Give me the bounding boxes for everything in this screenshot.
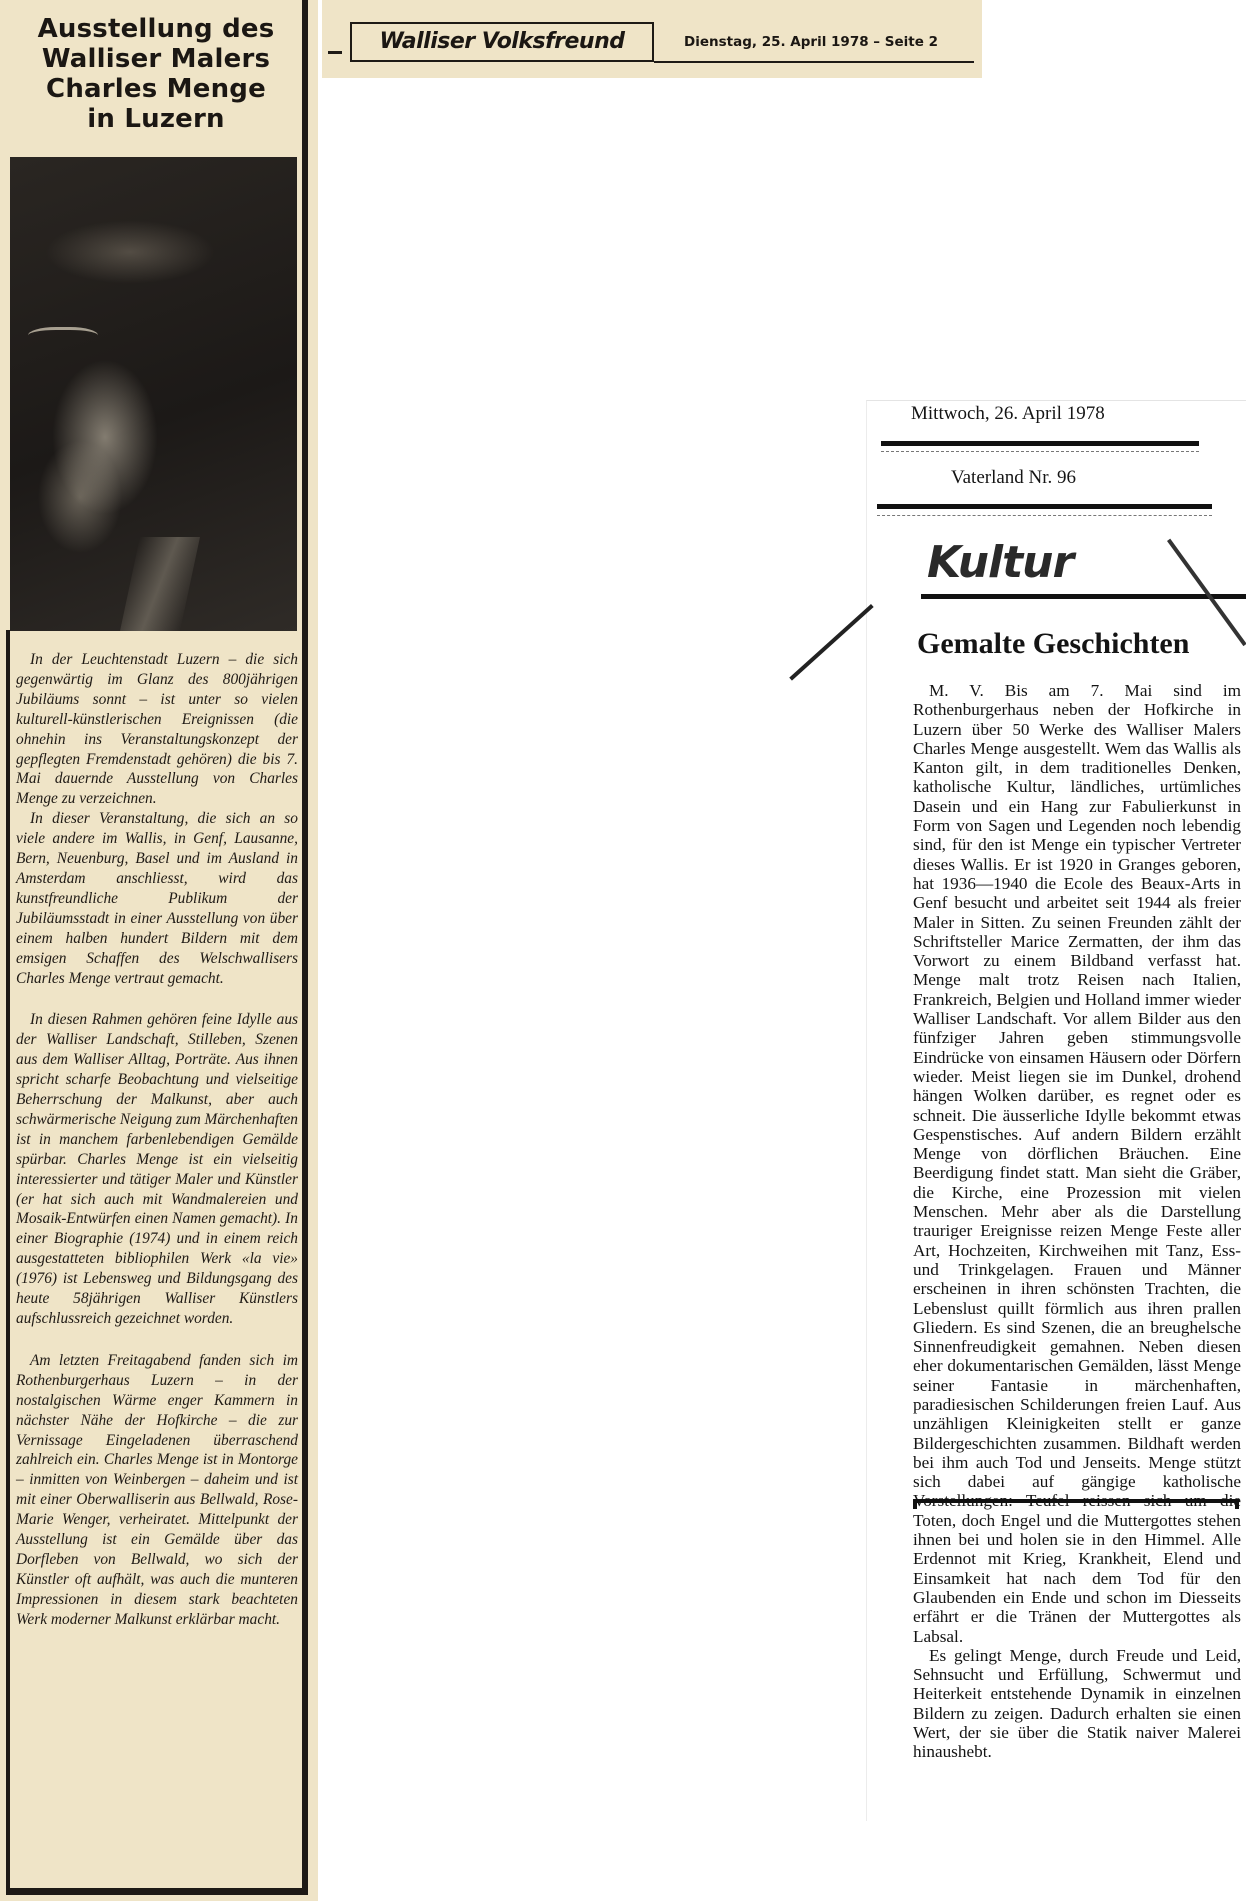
newspaper-name: Walliser Volksfreund [350, 22, 654, 62]
headline-line: Ausstellung des [14, 14, 298, 44]
box-border-bottom [6, 1888, 308, 1895]
end-bracket [913, 1499, 1239, 1509]
rule [877, 504, 1212, 509]
paragraph: In dieser Veranstaltung, die sich an so … [16, 809, 298, 988]
rule [921, 594, 1246, 599]
paragraph: Am letzten Freitagabend fanden sich im R… [16, 1351, 298, 1630]
rule [881, 441, 1199, 446]
article-body: In der Leuchtenstadt Luzern – die sich g… [16, 650, 298, 1630]
artist-portrait-photo [10, 157, 297, 631]
newspaper-name: Vaterland Nr. 96 [951, 467, 1076, 489]
article-headline: Ausstellung des Walliser Malers Charles … [14, 14, 298, 134]
masthead-dash [328, 51, 342, 54]
masthead-rule [654, 61, 974, 63]
paragraph: In der Leuchtenstadt Luzern – die sich g… [16, 650, 298, 809]
article-headline: Gemalte Geschichten [917, 627, 1189, 661]
section-title: Kultur [927, 539, 1073, 587]
photo-glasses-highlight [28, 327, 98, 348]
article-body: M. V. Bis am 7. Mai sind im Rothenburger… [913, 681, 1241, 1762]
headline-line: in Luzern [14, 104, 298, 134]
masthead-strip: Walliser Volksfreund Dienstag, 25. April… [322, 0, 982, 78]
box-border-left [6, 630, 10, 1895]
column-rule [302, 0, 308, 1895]
paragraph: Es gelingt Menge, durch Freude und Leid,… [913, 1646, 1241, 1762]
issue-date: Dienstag, 25. April 1978 – Seite 2 [684, 34, 938, 50]
right-clipping: Mittwoch, 26. April 1978 Vaterland Nr. 9… [866, 400, 1246, 1821]
rule [881, 451, 1199, 453]
headline-line: Walliser Malers [14, 44, 298, 74]
rule [877, 515, 1212, 517]
photo-collar-highlight [120, 537, 200, 631]
paragraph: In diesen Rahmen gehören feine Idylle au… [16, 1010, 298, 1329]
left-clipping: Ausstellung des Walliser Malers Charles … [0, 0, 318, 1901]
pen-mark [789, 604, 873, 681]
headline-line: Charles Menge [14, 74, 298, 104]
issue-date: Mittwoch, 26. April 1978 [911, 403, 1105, 425]
